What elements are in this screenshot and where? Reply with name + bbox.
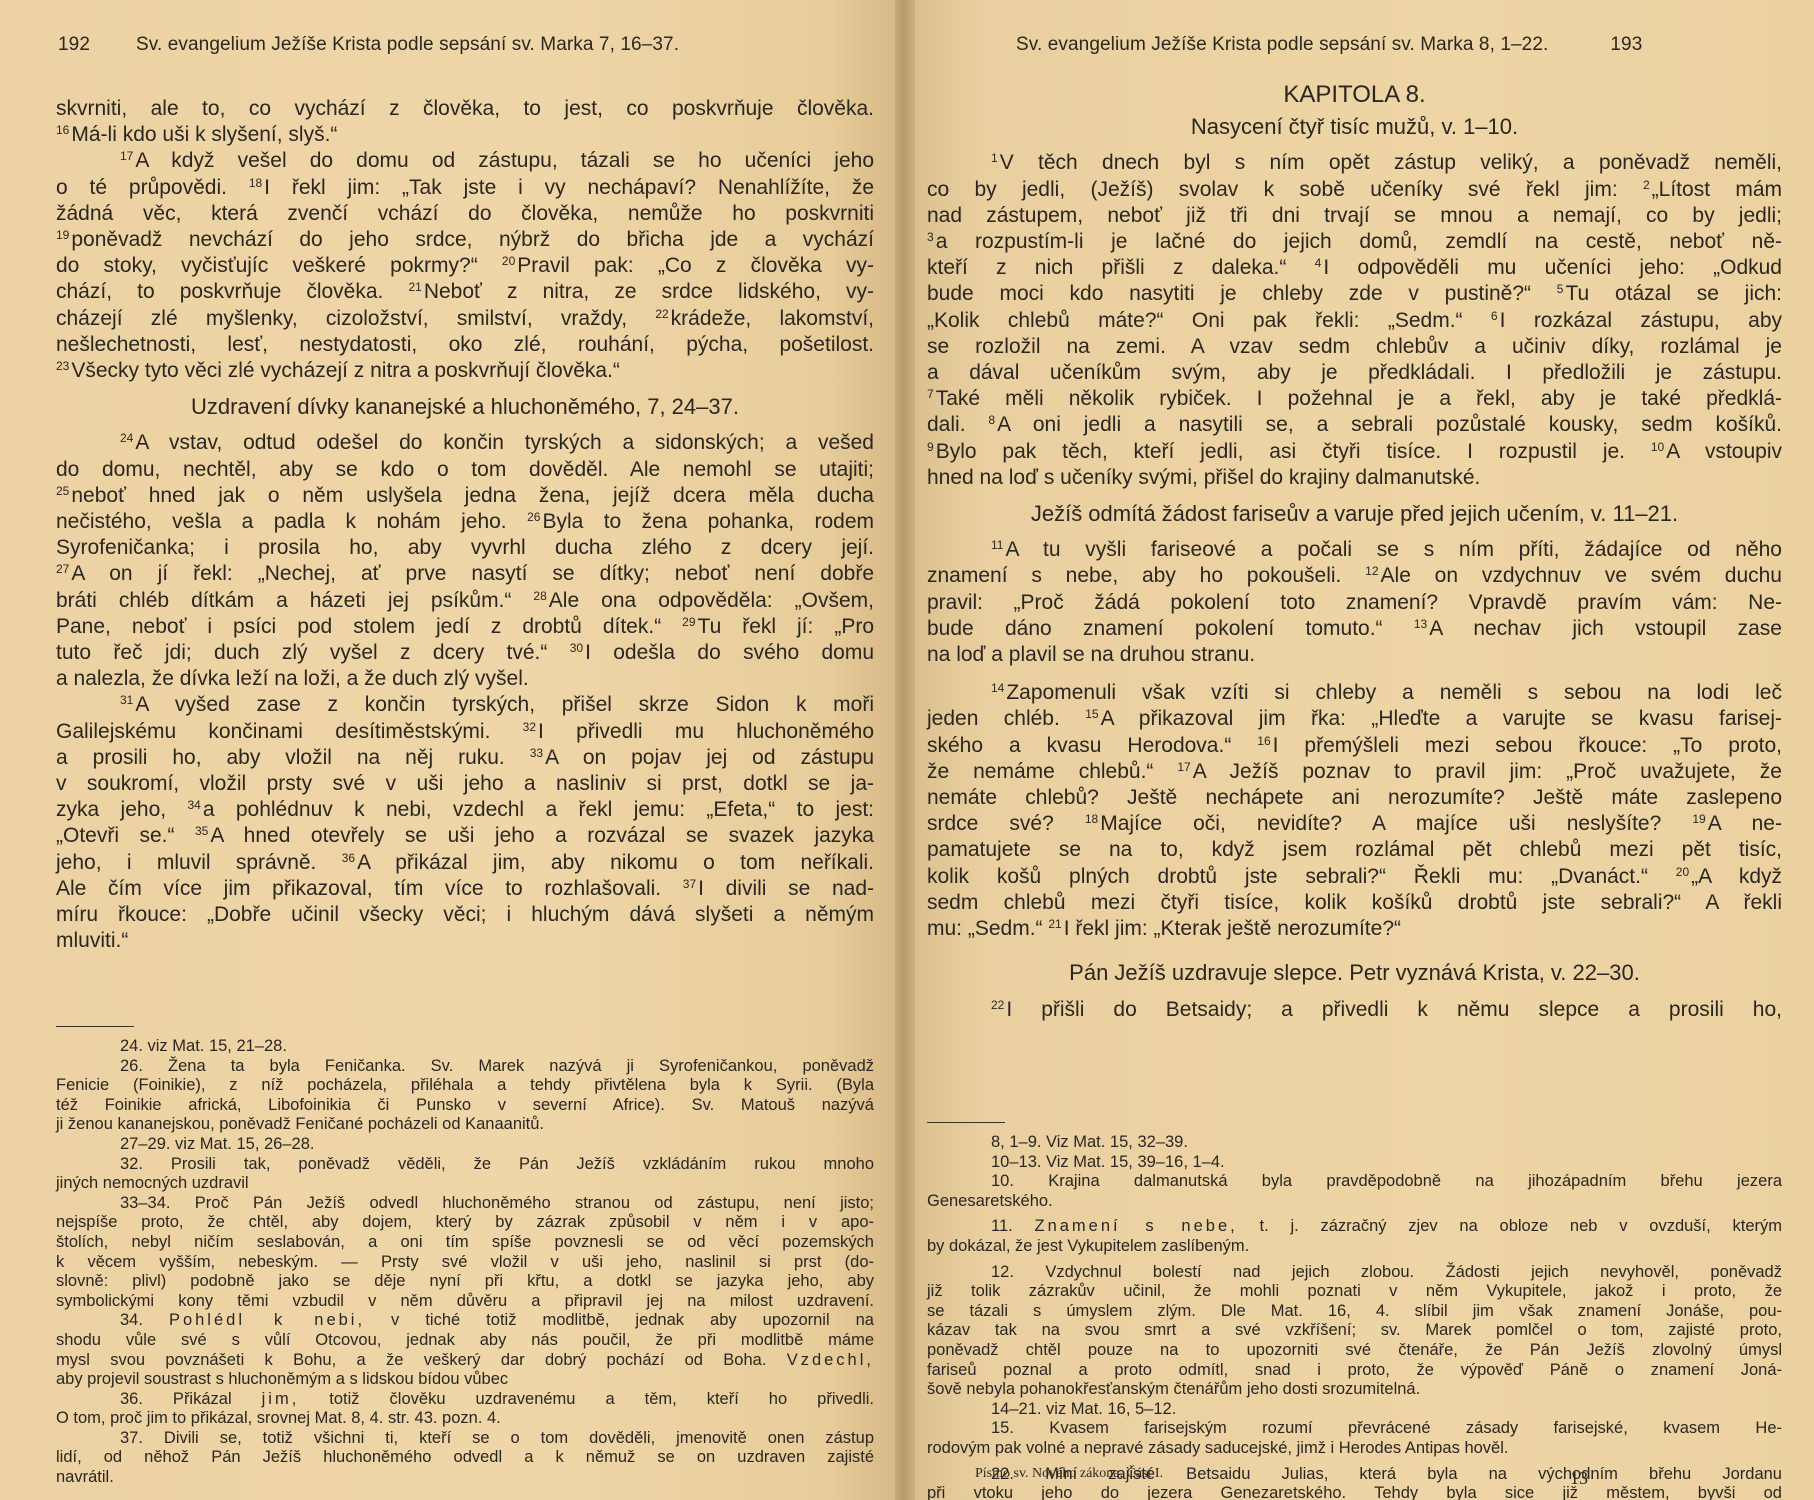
- footnote-line: 32. Prosili tak, poněvadž věděli, že Pán…: [56, 1155, 874, 1175]
- line-text: A Ježíš poznav to pravil jim: „Proč uvaž…: [1193, 760, 1782, 783]
- footnote-line: 10–13. Viz Mat. 15, 39–16, 1–4.: [927, 1153, 1782, 1173]
- verse-number: 34: [187, 798, 200, 812]
- line-text: jiných nemocných uzdravil: [56, 1174, 249, 1192]
- line-text: I divili se nad-: [698, 877, 874, 900]
- text-line: pamatujete se na to, když jsem rozlámal …: [927, 837, 1782, 863]
- footnote-line: 27–29. viz Mat. 15, 26–28.: [56, 1135, 874, 1155]
- footnotes-right: 8, 1–9. Viz Mat. 15, 32–39.10–13. Viz Ma…: [927, 1122, 1782, 1500]
- verse-number: 27: [56, 562, 69, 576]
- line-text: srdce své?: [927, 812, 1085, 835]
- text-line: jeho, i mluvil správně. 36A přikázal jim…: [56, 850, 874, 876]
- verse-number: 11: [991, 538, 1003, 552]
- text-line: znamení s nebe, aby ho pokoušeli. 12Ale …: [927, 563, 1782, 589]
- verse-number: 19: [56, 228, 69, 242]
- line-text: znamení s nebe, aby ho pokoušeli.: [927, 564, 1365, 587]
- text-line: a prosili ho, aby vložil na něj ruku. 33…: [56, 745, 874, 771]
- footnote-rule: [927, 1122, 1005, 1123]
- footnote-line: symbolickými kony těmi vzbudil v něm dův…: [56, 1292, 874, 1312]
- line-text: 8, 1–9. Viz Mat. 15, 32–39.: [991, 1133, 1188, 1151]
- line-text: A vstoupiv: [1666, 440, 1782, 463]
- line-text: Všecky tyto věci zlé vycházejí z nitra a…: [71, 359, 620, 382]
- text-line: Syrofeničanka; i prosila ho, aby vyvrhl …: [56, 535, 874, 561]
- text-line: kteří z nich přišli z daleka.“ 4I odpově…: [927, 255, 1782, 281]
- line-text: mluviti.“: [56, 929, 128, 952]
- line-text: bude moci kdo nasytiti je chleby zde v p…: [927, 282, 1557, 305]
- text-line: Ale čím více jim přikazoval, tím více to…: [56, 876, 874, 902]
- footnote-line: šově nebyla pohanokřesťanským čtenářům j…: [927, 1380, 1782, 1400]
- line-text: Ale čím více jim přikazoval, tím více to…: [56, 877, 683, 900]
- text-line: 16Má-li kdo uši k slyšení, slyš.“: [56, 122, 874, 148]
- line-text: aby projevil soustrast s hluchoněmým a s…: [56, 1370, 508, 1388]
- line-text: V těch dnech byl s ním opět zástup velik…: [1000, 151, 1782, 174]
- text-line: bude moci kdo nasytiti je chleby zde v p…: [927, 281, 1782, 307]
- footnote-line: Genesaretského.: [927, 1192, 1782, 1212]
- verse-number: 13: [1414, 617, 1427, 631]
- line-text: mysl svou povznášeti k Bohu, a že vešker…: [56, 1351, 787, 1369]
- book-spread: 192 Sv. evangelium Ježíše Krista podle s…: [0, 0, 1814, 1500]
- text-line: 19poněvadž nevchází do jeho srdce, nýbrž…: [56, 227, 874, 253]
- text-line: bude dáno znamení pokolení tomuto.“ 13A …: [927, 616, 1782, 642]
- verse-number: 1: [991, 151, 998, 165]
- verse-number: 3: [927, 230, 934, 244]
- footnote-line: rodovým pak volné a nepravé zásady saduc…: [927, 1439, 1782, 1459]
- text-line: mluviti.“: [56, 928, 874, 954]
- text-line: dali. 8A oni jedli a nasytili se, a sebr…: [927, 412, 1782, 438]
- text-line: 3a rozpustím-li je lačné do jejich domů,…: [927, 229, 1782, 255]
- line-text: jeden chléb.: [927, 707, 1085, 730]
- line-text: 10. Krajina dalmanutská byla pravděpodob…: [991, 1172, 1782, 1190]
- text-line: chází, to poskvrňuje člověka. 21Neboť z …: [56, 279, 874, 305]
- line-text: se tázali s úmyslem zlým. Dle Mat. 16, 4…: [927, 1302, 1782, 1320]
- footnote-line: by dokázal, že jest Vykupitelem zaslíben…: [927, 1237, 1782, 1257]
- footnote-line: mysl svou povznášeti k Bohu, a že vešker…: [56, 1351, 874, 1371]
- text-line: jeden chléb. 15A přikazoval jim řka: „Hl…: [927, 706, 1782, 732]
- paragraph-gap: [927, 668, 1782, 680]
- text-line: a dával učeníkům svým, aby je předkládal…: [927, 360, 1782, 386]
- line-text: A hned otevřely se uši jeho a rozvázal s…: [210, 824, 874, 847]
- line-text: t. j. zázračný zjev na obloze neb v ovzd…: [1238, 1217, 1782, 1235]
- footnote-line: k věcem vyšším, nebeským. — Prsty své vl…: [56, 1253, 874, 1273]
- verse-number: 22: [655, 307, 668, 321]
- line-text: A vyšed zase z končin tyrských, přišel s…: [135, 693, 874, 716]
- line-text: pravil: „Proč žádá pokolení toto znamení…: [927, 591, 1782, 614]
- line-text: neboť hned jak o něm uslyšela jedna žena…: [71, 484, 874, 507]
- verse-number: 26: [527, 510, 540, 524]
- right-page: Sv. evangelium Ježíše Krista podle sepsá…: [915, 0, 1814, 1500]
- text-line: 7Také měli několik rybiček. I požehnal j…: [927, 386, 1782, 412]
- main-text-right: KAPITOLA 8. Nasycení čtyř tisíc mužů, v.…: [927, 78, 1782, 1023]
- footnote-line: 34. Pohlédl k nebi, v tiché totiž modlit…: [56, 1311, 874, 1331]
- footnote-line: při vtoku jeho do jezera Genezaretského.…: [927, 1484, 1782, 1500]
- line-text: Ale ona odpověděla: „Ovšem,: [549, 589, 874, 612]
- verse-number: 24: [120, 431, 133, 445]
- line-text: „Kolik chlebů máte?“ Oni pak řekli: „Sed…: [927, 309, 1491, 332]
- line-text: poněvadž chtěl pouze na to upozorniti sv…: [927, 1341, 1782, 1359]
- text-line: mu: „Sedm.“ 21I řekl jim: „Kterak ještě …: [927, 916, 1782, 942]
- text-line: nad zástupem, neboť již tři dni trvají s…: [927, 203, 1782, 229]
- text-line: „Kolik chlebů máte?“ Oni pak řekli: „Sed…: [927, 308, 1782, 334]
- verse-number: 20: [1676, 865, 1689, 879]
- line-text: o té průpovědi.: [56, 176, 249, 199]
- spaced-emphasis: Vzdechl,: [787, 1351, 874, 1369]
- verse-number: 8: [988, 413, 995, 427]
- line-text: krádeže, lakomství,: [671, 307, 874, 330]
- line-text: bráti chléb dítkám a házeti jej psíkům.“: [56, 589, 533, 612]
- line-text: Také měli několik rybiček. I požehnal je…: [936, 387, 1782, 410]
- line-text: shodu vůle své s vůlí Otcovou, jednak ab…: [56, 1331, 874, 1349]
- line-text: Tu otázal se jich:: [1565, 282, 1782, 305]
- line-text: A vstav, odtud odešel do končin tyrských…: [135, 431, 874, 454]
- footnote-block: 8, 1–9. Viz Mat. 15, 32–39.10–13. Viz Ma…: [927, 1133, 1782, 1500]
- footnote-line: 37. Divili se, totiž všichni ti, kteří s…: [56, 1429, 874, 1449]
- footnote-line: fariseů poznal a proto odmítl, snad i pr…: [927, 1361, 1782, 1381]
- line-text: 26. Žena ta byla Feničanka. Sv. Marek na…: [120, 1057, 874, 1075]
- line-text: 33–34. Proč Pán Ježíš odvedl hluchoněméh…: [120, 1194, 874, 1212]
- text-line: 14Zapomenuli však vzíti si chleby a nemě…: [927, 680, 1782, 706]
- footnote-rule: [56, 1026, 134, 1027]
- text-line: co by jedli, (Ježíš) svolav k sobě učení…: [927, 177, 1782, 203]
- line-text: „A když: [1691, 865, 1782, 888]
- verse-number: 29: [682, 615, 695, 629]
- left-page: 192 Sv. evangelium Ježíše Krista podle s…: [0, 0, 895, 1500]
- text-line: 31A vyšed zase z končin tyrských, přišel…: [56, 692, 874, 718]
- text-line: tuto řeč jdi; duch zlý vyšel z dcery tvé…: [56, 640, 874, 666]
- footnote-line: ji ženou kananejskou, poněvadž Feničané …: [56, 1115, 874, 1135]
- text-line: nečistého, vešla a padla k nohám jeho. 2…: [56, 509, 874, 535]
- line-text: 27–29. viz Mat. 15, 26–28.: [120, 1135, 314, 1153]
- text-line: zyka jeho, 34a pohlédnuv k nebi, vzdechl…: [56, 797, 874, 823]
- spaced-emphasis: jim,: [262, 1390, 300, 1408]
- footnote-line: jiných nemocných uzdravil: [56, 1174, 874, 1194]
- line-text: tuto řeč jdi; duch zlý vyšel z dcery tvé…: [56, 641, 570, 664]
- footnote-line: aby projevil soustrast s hluchoněmým a s…: [56, 1370, 874, 1390]
- verse-number: 37: [683, 877, 696, 891]
- line-text: A ne-: [1708, 812, 1782, 835]
- footnote-line: též Foinikie africká, Libofoinikia či Pu…: [56, 1096, 874, 1116]
- line-text: O tom, proč jim to přikázal, srovnej Mat…: [56, 1409, 501, 1427]
- verse-number: 32: [523, 720, 536, 734]
- line-text: ského a kvasu Herodova.“: [927, 734, 1257, 757]
- line-text: navrátil.: [56, 1468, 114, 1486]
- line-text: pamatujete se na to, když jsem rozlámal …: [927, 838, 1782, 861]
- line-text: kázav tak na svou smrt a své vzkříšení; …: [927, 1321, 1782, 1339]
- line-text: A oni jedli a nasytili se, a sebrali poz…: [997, 413, 1782, 436]
- section-heading: Pán Ježíš uzdravuje slepce. Petr vyznává…: [927, 960, 1782, 986]
- page-number: 192: [58, 34, 90, 56]
- text-line: žádná věc, která zvenčí vchází do člověk…: [56, 201, 874, 227]
- text-line: Galilejskému končinami desítiměstskými. …: [56, 719, 874, 745]
- verse-number: 22: [991, 998, 1004, 1012]
- line-text: do stoky, vyčisťujíc veškeré pokrmy?“: [56, 254, 502, 277]
- section-heading: Uzdravení dívky kananejské a hluchoněméh…: [56, 394, 874, 420]
- text-line: nemáte chlebů? Ještě nechápete ani neroz…: [927, 785, 1782, 811]
- verse-number: 20: [502, 254, 515, 268]
- footnote-line: lidí, od něhož Pán Ježíš hluchoněmého od…: [56, 1448, 874, 1468]
- footnote-line: 10. Krajina dalmanutská byla pravděpodob…: [927, 1172, 1782, 1192]
- line-text: 12. Vzdychnul bolestí nad jejich zlobou.…: [991, 1263, 1782, 1281]
- line-text: k věcem vyšším, nebeským. — Prsty své vl…: [56, 1253, 874, 1271]
- line-text: sedm chlebů mezi čtyři tisíce, kolik koš…: [927, 891, 1782, 914]
- text-line: v soukromí, vložil prsty své v uši jeho …: [56, 771, 874, 797]
- text-line: cházejí zlé myšlenky, cizoložství, smils…: [56, 306, 874, 332]
- text-line: sedm chlebů mezi čtyři tisíce, kolik koš…: [927, 890, 1782, 916]
- page-number: 193: [1610, 34, 1642, 56]
- verse-number: 7: [927, 387, 934, 401]
- footnote-line: 11. Znamení s nebe, t. j. zázračný zjev …: [927, 1217, 1782, 1237]
- line-text: 24. viz Mat. 15, 21–28.: [120, 1037, 287, 1055]
- line-text: „Otevři se.“: [56, 824, 195, 847]
- line-text: nejspíše proto, že chtěl, aby dojem, kte…: [56, 1213, 874, 1231]
- verse-number: 9: [927, 440, 934, 454]
- footnote-line: slovně: plivl) podobně jako se děje nyní…: [56, 1272, 874, 1292]
- line-text: Pane, neboť i psíci pod stolem jedí z dr…: [56, 615, 682, 638]
- line-text: do domu, nechtěl, aby se kdo o tom dověd…: [56, 458, 874, 481]
- verse-number: 30: [570, 641, 583, 655]
- verse-number: 21: [1048, 917, 1061, 931]
- text-line: 9Bylo pak těch, kteří jedli, asi čtyři t…: [927, 439, 1782, 465]
- spaced-emphasis: Pohlédl k nebi,: [169, 1311, 365, 1329]
- text-block: 11A tu vyšli fariseové a počali se s ním…: [927, 537, 1782, 668]
- verse-number: 10: [1651, 440, 1664, 454]
- text-line: skvrniti, ale to, co vychází z člověka, …: [56, 96, 874, 122]
- text-line: hned na loď s učeníky svými, přišel do k…: [927, 465, 1782, 491]
- line-text: štolích, nebyl ničím seslabován, a oni t…: [56, 1233, 874, 1251]
- line-text: nad zástupem, neboť již tři dni trvají s…: [927, 204, 1782, 227]
- line-text: Pravil pak: „Co z člověka vy-: [517, 254, 874, 277]
- footnote-line: se tázali s úmyslem zlým. Dle Mat. 16, 4…: [927, 1302, 1782, 1322]
- line-text: Bylo pak těch, kteří jedli, asi čtyři ti…: [936, 440, 1651, 463]
- running-head-right: Sv. evangelium Ježíše Krista podle sepsá…: [1016, 34, 1642, 56]
- text-block: 14Zapomenuli však vzíti si chleby a nemě…: [927, 680, 1782, 942]
- line-text: a rozpustím-li je lačné do jejich domů, …: [936, 230, 1782, 253]
- line-text: I přišli do Betsaidy; a přivedli k němu …: [1006, 998, 1782, 1021]
- footnote-line: kázav tak na svou smrt a své vzkříšení; …: [927, 1321, 1782, 1341]
- text-block: 24A vstav, odtud odešel do končin tyrský…: [56, 430, 874, 954]
- footnote-line: 36. Přikázal jim, totiž člověku uzdraven…: [56, 1390, 874, 1410]
- line-text: hned na loď s učeníky svými, přišel do k…: [927, 466, 1480, 489]
- line-text: Syrofeničanka; i prosila ho, aby vyvrhl …: [56, 536, 874, 559]
- line-text: A on pojav jej od zástupu: [545, 746, 874, 769]
- line-text: totiž člověku uzdravenému a těm, kteří h…: [299, 1390, 874, 1408]
- footnote-line: 12. Vzdychnul bolestí nad jejich zlobou.…: [927, 1263, 1782, 1283]
- line-text: a dával učeníkům svým, aby je předkládal…: [927, 361, 1782, 384]
- line-text: I rozkázal zástupu, aby: [1500, 309, 1782, 332]
- line-text: nemáte chlebů? Ještě nechápete ani neroz…: [927, 786, 1782, 809]
- footnote-line: 15. Kvasem farisejským rozumí převrácené…: [927, 1419, 1782, 1439]
- line-text: v soukromí, vložil prsty své v uši jeho …: [56, 772, 874, 795]
- line-text: šově nebyla pohanokřesťanským čtenářům j…: [927, 1380, 1420, 1398]
- verse-number: 23: [56, 359, 69, 373]
- footnote-line: 33–34. Proč Pán Ježíš odvedl hluchoněméh…: [56, 1194, 874, 1214]
- verse-number: 25: [56, 484, 69, 498]
- line-text: se rozložil na zemi. A vzav sedm chlebův…: [927, 335, 1782, 358]
- line-text: 32. Prosili tak, poněvadž věděli, že Pán…: [120, 1155, 874, 1173]
- line-text: Zapomenuli však vzíti si chleby a neměli…: [1006, 681, 1782, 704]
- text-line: ského a kvasu Herodova.“ 16I přemýšleli …: [927, 733, 1782, 759]
- text-line: 25neboť hned jak o něm uslyšela jedna že…: [56, 483, 874, 509]
- verse-number: 35: [195, 824, 208, 838]
- line-text: že nemáme chlebů.“: [927, 760, 1177, 783]
- line-text: symbolickými kony těmi vzbudil v něm dův…: [56, 1292, 874, 1310]
- text-line: 11A tu vyšli fariseové a počali se s ním…: [927, 537, 1782, 563]
- section-heading: Nasycení čtyř tisíc mužů, v. 1–10.: [927, 114, 1782, 140]
- line-text: „Lítost mám: [1652, 178, 1782, 201]
- book-gutter: [895, 0, 915, 1500]
- text-line: se rozložil na zemi. A vzav sedm chlebův…: [927, 334, 1782, 360]
- line-text: při vtoku jeho do jezera Genezaretského.…: [927, 1484, 1782, 1500]
- text-block: 1V těch dnech byl s ním opět zástup veli…: [927, 150, 1782, 491]
- line-text: 14–21. viz Mat. 16, 5–12.: [991, 1400, 1176, 1418]
- running-head-left: 192 Sv. evangelium Ježíše Krista podle s…: [58, 34, 679, 56]
- line-text: a prosili ho, aby vložil na něj ruku.: [56, 746, 530, 769]
- footnote-line: 8, 1–9. Viz Mat. 15, 32–39.: [927, 1133, 1782, 1153]
- line-text: jeho, i mluvil správně.: [56, 851, 342, 874]
- line-text: míru řkouce: „Dobře učinil všecky věci; …: [56, 903, 874, 926]
- text-line: do stoky, vyčisťujíc veškeré pokrmy?“ 20…: [56, 253, 874, 279]
- footnote-line: štolích, nebyl ničím seslabován, a oni t…: [56, 1233, 874, 1253]
- line-text: 37. Divili se, totiž všichni ti, kteří s…: [120, 1429, 874, 1447]
- line-text: I odešla do svého domu: [585, 641, 874, 664]
- line-text: zyka jeho,: [56, 798, 187, 821]
- footnote-line: nejspíše proto, že chtěl, aby dojem, kte…: [56, 1213, 874, 1233]
- verse-number: 15: [1085, 707, 1098, 721]
- footnote-block: 24. viz Mat. 15, 21–28.26. Žena ta byla …: [56, 1037, 874, 1488]
- verse-number: 33: [530, 746, 543, 760]
- line-text: nešlechetnosti, lesť, nestydatosti, oko …: [56, 333, 874, 356]
- line-text: slovně: plivl) podobně jako se děje nyní…: [56, 1272, 874, 1290]
- line-text: A tu vyšli fariseové a počali se s ním p…: [1005, 538, 1782, 561]
- footnotes-left: 24. viz Mat. 15, 21–28.26. Žena ta byla …: [56, 1008, 874, 1488]
- line-text: cházejí zlé myšlenky, cizoložství, smils…: [56, 307, 655, 330]
- text-line: míru řkouce: „Dobře učinil všecky věci; …: [56, 902, 874, 928]
- line-text: Neboť z nitra, ze srdce lidského, vy-: [424, 280, 874, 303]
- line-text: Byla to žena pohanka, rodem: [542, 510, 874, 533]
- verse-number: 18: [249, 176, 262, 190]
- line-text: kolik košů plných drobtů jste sebrali?“ …: [927, 865, 1676, 888]
- line-text: I řekl jim: „Tak jste i vy nechápaví? Ne…: [264, 176, 874, 199]
- text-line: 22I přišli do Betsaidy; a přivedli k něm…: [927, 997, 1782, 1023]
- text-line: 24A vstav, odtud odešel do končin tyrský…: [56, 430, 874, 456]
- line-text: I odpověděli mu učeníci jeho: „Odkud: [1323, 256, 1782, 279]
- text-line: do domu, nechtěl, aby se kdo o tom dověd…: [56, 457, 874, 483]
- verse-number: 6: [1491, 309, 1498, 323]
- verse-number: 28: [533, 589, 546, 603]
- line-text: Majíce oči, nevidíte? A majíce uši nesly…: [1100, 812, 1692, 835]
- main-text-left: skvrniti, ale to, co vychází z člověka, …: [56, 96, 874, 955]
- text-line: 23Všecky tyto věci zlé vycházejí z nitra…: [56, 358, 874, 384]
- line-text: chází, to poskvrňuje člověka.: [56, 280, 408, 303]
- text-line: Pane, neboť i psíci pod stolem jedí z dr…: [56, 614, 874, 640]
- line-text: na loď a plavil se na druhou stranu.: [927, 643, 1255, 666]
- text-line: 1V těch dnech byl s ním opět zástup veli…: [927, 150, 1782, 176]
- footnote-line: poněvadž chtěl pouze na to upozorniti sv…: [927, 1341, 1782, 1361]
- line-text: kteří z nich přišli z daleka.“: [927, 256, 1315, 279]
- verse-number: 5: [1557, 282, 1564, 296]
- line-text: A přikázal jim, aby nikomu o tom neříkal…: [357, 851, 874, 874]
- text-line: a nalezla, že dívka leží na loži, a že d…: [56, 666, 874, 692]
- text-line: bráti chléb dítkám a házeti jej psíkům.“…: [56, 588, 874, 614]
- section-heading: Ježíš odmítá žádost fariseův a varuje př…: [927, 501, 1782, 527]
- text-block: 22I přišli do Betsaidy; a přivedli k něm…: [927, 997, 1782, 1023]
- line-text: nečistého, vešla a padla k nohám jeho.: [56, 510, 527, 533]
- text-line: že nemáme chlebů.“ 17A Ježíš poznav to p…: [927, 759, 1782, 785]
- footnote-line: navrátil.: [56, 1468, 874, 1488]
- verse-number: 4: [1315, 256, 1322, 270]
- text-line: „Otevři se.“ 35A hned otevřely se uši je…: [56, 823, 874, 849]
- verse-number: 12: [1365, 564, 1378, 578]
- footnote-line: 14–21. viz Mat. 16, 5–12.: [927, 1400, 1782, 1420]
- text-line: 27A on jí řekl: „Nechej, ať prve nasytí …: [56, 561, 874, 587]
- spaced-emphasis: Znamení s nebe,: [1035, 1217, 1238, 1235]
- verse-number: 2: [1643, 178, 1650, 192]
- line-text: poněvadž nevchází do jeho srdce, nýbrž d…: [71, 228, 874, 251]
- verse-number: 21: [408, 280, 421, 294]
- line-text: 34.: [120, 1311, 169, 1329]
- line-text: A když vešel do domu od zástupu, tázali …: [135, 149, 874, 172]
- text-line: 17A když vešel do domu od zástupu, tázal…: [56, 148, 874, 174]
- line-text: A nechav jich vstoupil zase: [1429, 617, 1782, 640]
- line-text: 15. Kvasem farisejským rozumí převrácené…: [991, 1419, 1782, 1437]
- verse-number: 17: [1177, 760, 1190, 774]
- footnote-line: 26. Žena ta byla Feničanka. Sv. Marek na…: [56, 1057, 874, 1077]
- line-text: již tolik zázrakův učinil, že mohli pozn…: [927, 1282, 1782, 1300]
- line-text: Má-li kdo uši k slyšení, slyš.“: [71, 123, 337, 146]
- line-text: ji ženou kananejskou, poněvadž Feničané …: [56, 1115, 544, 1133]
- line-text: Tu řekl jí: „Pro: [698, 615, 874, 638]
- chapter-title: KAPITOLA 8.: [927, 82, 1782, 108]
- line-text: rodovým pak volné a nepravé zásady saduc…: [927, 1439, 1508, 1457]
- text-line: o té průpovědi. 18I řekl jim: „Tak jste …: [56, 175, 874, 201]
- line-text: A on jí řekl: „Nechej, ať prve nasytí se…: [71, 562, 874, 585]
- footnote-line: O tom, proč jim to přikázal, srovnej Mat…: [56, 1409, 874, 1429]
- text-line: pravil: „Proč žádá pokolení toto znamení…: [927, 590, 1782, 616]
- line-text: a nalezla, že dívka leží na loži, a že d…: [56, 667, 529, 690]
- signature-mark: 13: [1570, 1468, 1588, 1489]
- verse-number: 16: [1257, 734, 1270, 748]
- page-footer: Písmo sv. Nového zákona, Část I.: [975, 1466, 1163, 1482]
- line-text: 36. Přikázal: [120, 1390, 262, 1408]
- footnote-line: Fenicie (Foinikie), z níž pocházela, při…: [56, 1076, 874, 1096]
- line-text: mu: „Sedm.“: [927, 917, 1048, 940]
- verse-number: 31: [120, 693, 133, 707]
- verse-number: 17: [120, 149, 133, 163]
- line-text: I přemýšleli mezi sebou řkouce: „To prot…: [1273, 734, 1782, 757]
- line-text: by dokázal, že jest Vykupitelem zaslíben…: [927, 1237, 1249, 1255]
- line-text: a pohlédnuv k nebi, vzdechl a řekl jemu:…: [203, 798, 874, 821]
- line-text: 10–13. Viz Mat. 15, 39–16, 1–4.: [991, 1153, 1225, 1171]
- line-text: I řekl jim: „Kterak ještě nerozumíte?“: [1064, 917, 1401, 940]
- text-line: srdce své? 18Majíce oči, nevidíte? A maj…: [927, 811, 1782, 837]
- footnote-line: již tolik zázrakův učinil, že mohli pozn…: [927, 1282, 1782, 1302]
- text-line: nešlechetnosti, lesť, nestydatosti, oko …: [56, 332, 874, 358]
- line-text: bude dáno znamení pokolení tomuto.“: [927, 617, 1414, 640]
- footnote-line: shodu vůle své s vůlí Otcovou, jednak ab…: [56, 1331, 874, 1351]
- line-text: co by jedli, (Ježíš) svolav k sobě učení…: [927, 178, 1643, 201]
- line-text: žádná věc, která zvenčí vchází do člověk…: [56, 202, 874, 225]
- text-line: kolik košů plných drobtů jste sebrali?“ …: [927, 864, 1782, 890]
- line-text: v tiché totiž modlitbě, jednak aby upozo…: [365, 1311, 874, 1329]
- line-text: Ale on vzdychnuv ve svém duchu: [1381, 564, 1782, 587]
- text-line: na loď a plavil se na druhou stranu.: [927, 642, 1782, 668]
- line-text: Galilejskému končinami desítiměstskými.: [56, 720, 523, 743]
- verse-number: 16: [56, 123, 69, 137]
- running-head-title: Sv. evangelium Ježíše Krista podle sepsá…: [1016, 34, 1548, 56]
- line-text: dali.: [927, 413, 988, 436]
- footnote-line: 24. viz Mat. 15, 21–28.: [56, 1037, 874, 1057]
- line-text: 11.: [991, 1217, 1035, 1235]
- verse-number: 19: [1692, 812, 1705, 826]
- verse-number: 14: [991, 681, 1004, 695]
